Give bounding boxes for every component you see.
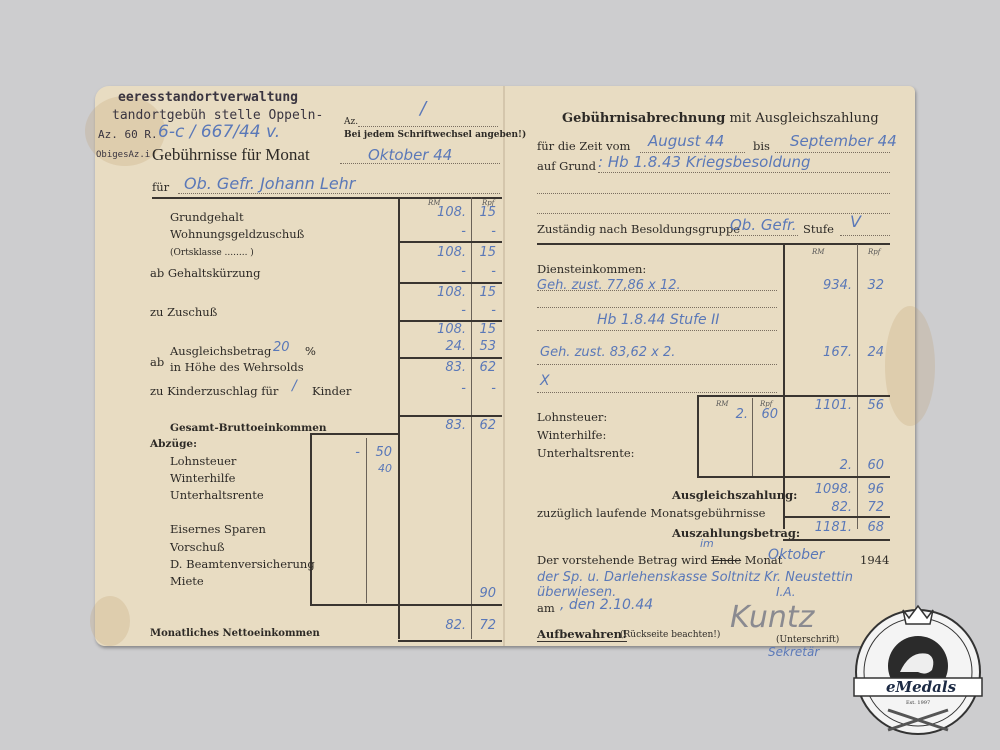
rule	[537, 392, 777, 393]
deduction-eisernes-sparen: Eisernes Sparen	[170, 522, 266, 536]
besoldung-value: Ob. Gefr.	[730, 216, 797, 234]
recipient-name: Ob. Gefr. Johann Lehr	[184, 174, 355, 193]
ausgleichszahlung-label: Ausgleichszahlung:	[672, 488, 797, 502]
brutto-rpf: 62	[476, 418, 496, 433]
am-value: , den 2.10.44	[560, 597, 653, 613]
dienst-row-3-rm: 167.	[800, 345, 852, 360]
deduction-winterhilfe: Winterhilfe	[170, 471, 235, 485]
lohnsteuer-rpf: 50	[370, 445, 392, 460]
fuer-line	[178, 193, 500, 194]
az-note: Bei jedem Schriftwechsel angeben!)	[344, 130, 526, 140]
logo-brand: eMedals	[886, 678, 956, 696]
aufbewahren-label: Aufbewahren!	[537, 627, 627, 642]
subtotal-rm: 1101.	[800, 398, 852, 413]
ausgleichsbetrag-label: Ausgleichsbetrag	[170, 344, 271, 358]
deduction-beamtenversicherung: D. Beamtenversicherung	[170, 557, 315, 571]
ausgleich-percent: 20	[273, 340, 290, 355]
kinder-rm: -	[420, 381, 466, 396]
laufend-rm: 82.	[800, 500, 852, 515]
stamp-az-value: 6-c / 667/44 v.	[158, 122, 280, 142]
subtotal-rpf: 56	[862, 398, 884, 413]
dienst-row-2: Hb 1.8.44 Stufe II	[597, 312, 719, 328]
dienst-row-3: Geh. zust. 83,62 x 2.	[540, 345, 675, 360]
abzuege-label: Abzüge:	[150, 438, 197, 450]
sub2-rpf: 15	[476, 285, 496, 300]
zeit-label: für die Zeit vom	[537, 139, 630, 153]
transfer-line-1: der Sp. u. Darlehenskasse Soltnitz Kr. N…	[537, 570, 853, 585]
rule	[398, 241, 502, 243]
row-wohnungsgeld: Wohnungsgeldzuschuß	[170, 227, 304, 241]
right-title-bold: Gebührnisabrechnung	[562, 111, 725, 126]
unterhalt-label: Unterhaltsrente:	[537, 446, 635, 460]
deduction-miete: Miete	[170, 574, 204, 588]
divider	[537, 243, 890, 245]
brutto-label: Gesamt-Bruttoeinkommen	[170, 422, 327, 434]
kinder-label: zu Kinderzuschlag für	[150, 384, 278, 398]
stufe-label: Stufe	[803, 222, 834, 236]
betrag-month: Oktober	[768, 547, 824, 563]
deduction-lohnsteuer: Lohnsteuer	[170, 454, 236, 468]
az-label: Az.	[344, 117, 358, 127]
lohnsteuer-rm: 2.	[722, 407, 748, 422]
betrag-text: Der vorstehende Betrag wird Ende Monat	[537, 553, 782, 567]
laufend-label: zuzüglich laufende Monatsgebührnisse	[537, 506, 765, 520]
zeit-to-value: September 44	[790, 132, 897, 150]
grund-line	[598, 172, 890, 173]
ausgleich-rpf: 53	[476, 339, 496, 354]
row-ortsklasse: (Ortsklasse ........ )	[170, 248, 254, 258]
sub3-rpf: 15	[476, 322, 496, 337]
lohnsteuer-rpf: 60	[756, 407, 778, 422]
grundgehalt-rm: 108.	[420, 205, 466, 220]
right-title-rest: mit Ausgleichszahlung	[730, 111, 879, 126]
rule	[398, 415, 502, 417]
rule	[537, 290, 777, 291]
rule	[310, 433, 312, 605]
rule	[537, 364, 777, 365]
rule	[783, 244, 785, 529]
fuer-label: für	[152, 180, 169, 194]
ausgleich-rm: 24.	[420, 339, 466, 354]
logo-est: Est. 1997	[906, 700, 930, 706]
month-value: Oktober 44	[368, 146, 452, 164]
zuschuss-rpf: -	[476, 303, 496, 318]
rule	[857, 244, 858, 529]
lohnsteuer-label: Lohnsteuer:	[537, 410, 607, 424]
sub1-rpf: 15	[476, 245, 496, 260]
az-line	[358, 126, 498, 127]
deduct-total-rm: 2.	[800, 458, 852, 473]
am-label: am	[537, 601, 555, 615]
dienst-row-1-rpf: 32	[862, 278, 884, 293]
dienst-label: Diensteinkommen:	[537, 262, 646, 276]
paper-stain	[885, 306, 935, 426]
rueckseite-note: (Rückseite beachten!)	[620, 630, 720, 640]
rule	[783, 539, 890, 541]
table-col-divider	[471, 197, 472, 639]
stamp-line-4: ObigesAz.i	[96, 150, 150, 160]
bis-label: bis	[753, 139, 770, 153]
sub4-rm: 83.	[420, 360, 466, 375]
col-rm-header: RM	[812, 248, 824, 256]
deduct-total-rpf: 60	[862, 458, 884, 473]
rule	[537, 330, 777, 331]
stufe-line	[840, 235, 890, 236]
rule	[398, 282, 502, 284]
grund-value: : Hb 1.8.43 Kriegsbesoldung	[598, 153, 811, 171]
ausgleichszahlung-rpf: 96	[862, 482, 884, 497]
ab-label: ab	[150, 355, 164, 369]
ia-label: I.A.	[776, 585, 796, 599]
unterschrift-label: (Unterschrift)	[776, 635, 839, 645]
stamp-az-prefix: Az. 60 R.	[98, 128, 158, 141]
zuschuss-rm: -	[420, 303, 466, 318]
winterhilfe-label: Winterhilfe:	[537, 428, 606, 442]
emedals-badge-icon	[848, 600, 988, 740]
sub4-rpf: 62	[476, 360, 496, 375]
deductions-total-rpf: 90	[472, 586, 496, 601]
sub1-rm: 108.	[420, 245, 466, 260]
rule	[398, 357, 502, 359]
auszahlung-rpf: 68	[862, 520, 884, 535]
rule	[398, 640, 502, 642]
sub3-rm: 108.	[420, 322, 466, 337]
netto-rm: 82.	[420, 618, 466, 633]
rule	[366, 438, 367, 603]
emedals-logo: eMedals Est. 1997	[848, 600, 988, 740]
ausgleich-sub: in Höhe des Wehrsolds	[170, 360, 304, 374]
rule	[697, 476, 890, 478]
row-gehaltskuerzung: ab Gehaltskürzung	[150, 266, 260, 280]
dienst-row-1-rm: 934.	[800, 278, 852, 293]
kuerzung-rm: -	[420, 264, 466, 279]
rule	[310, 433, 400, 435]
paper-stain	[90, 596, 130, 646]
lohnsteuer-rm: -	[330, 445, 360, 460]
divider	[152, 197, 502, 199]
dienst-row-4: X	[540, 373, 550, 389]
signature: Kuntz	[730, 600, 814, 635]
rule	[537, 307, 777, 308]
az-value: /	[420, 98, 426, 119]
stamp-line-2: tandortgebüh stelle Oppeln-	[112, 108, 323, 123]
betrag-year: 1944	[860, 553, 889, 567]
brutto-rm: 83.	[420, 418, 466, 433]
percent-sign: %	[305, 344, 316, 358]
auszahlung-rm: 1181.	[800, 520, 852, 535]
besoldung-line	[728, 235, 798, 236]
winterhilfe-rpf: 40	[370, 462, 392, 475]
signer-title: Sekretär	[768, 645, 819, 659]
betrag-insert: im	[700, 537, 714, 550]
kuerzung-rpf: -	[476, 264, 496, 279]
wohnung-rpf: -	[476, 224, 496, 239]
blank-line	[537, 213, 890, 214]
blank-line	[537, 193, 890, 194]
table-left-border	[398, 197, 400, 639]
besoldung-label: Zuständig nach Besoldungsgruppe	[537, 222, 740, 236]
grundgehalt-rpf: 15	[476, 205, 496, 220]
row-grundgehalt: Grundgehalt	[170, 210, 244, 224]
rule	[310, 604, 502, 606]
stufe-value: V	[850, 212, 861, 231]
rule	[752, 398, 753, 476]
sub2-rm: 108.	[420, 285, 466, 300]
zeit-from-value: August 44	[648, 132, 724, 150]
deduction-vorschuss: Vorschuß	[170, 540, 225, 554]
grund-label: auf Grund	[537, 159, 596, 173]
stamp-line-1: eeresstandortverwaltung	[118, 90, 298, 105]
auszahlung-label: Auszahlungsbetrag:	[672, 526, 800, 540]
netto-rpf: 72	[476, 618, 496, 633]
betrag-text-main: Der vorstehende Betrag wird	[537, 553, 708, 567]
form-title: Gebührnisse für Monat	[152, 145, 310, 165]
wohnung-rm: -	[420, 224, 466, 239]
laufend-rpf: 72	[862, 500, 884, 515]
col-rpf-header: Rpf	[868, 248, 880, 256]
betrag-struck: Ende	[711, 553, 741, 567]
kinder-value: /	[292, 378, 297, 394]
kinder-suffix: Kinder	[312, 384, 351, 398]
rule	[697, 395, 890, 397]
deduction-unterhalt: Unterhaltsrente	[170, 488, 264, 502]
netto-label: Monatliches Nettoeinkommen	[150, 628, 320, 639]
row-zuschuss: zu Zuschuß	[150, 305, 217, 319]
ausgleichszahlung-rm: 1098.	[800, 482, 852, 497]
rule	[697, 395, 699, 477]
kinder-rpf: -	[476, 381, 496, 396]
right-title: Gebührnisabrechnung mit Ausgleichszahlun…	[562, 111, 879, 126]
dienst-row-3-rpf: 24	[862, 345, 884, 360]
rule	[783, 516, 890, 518]
